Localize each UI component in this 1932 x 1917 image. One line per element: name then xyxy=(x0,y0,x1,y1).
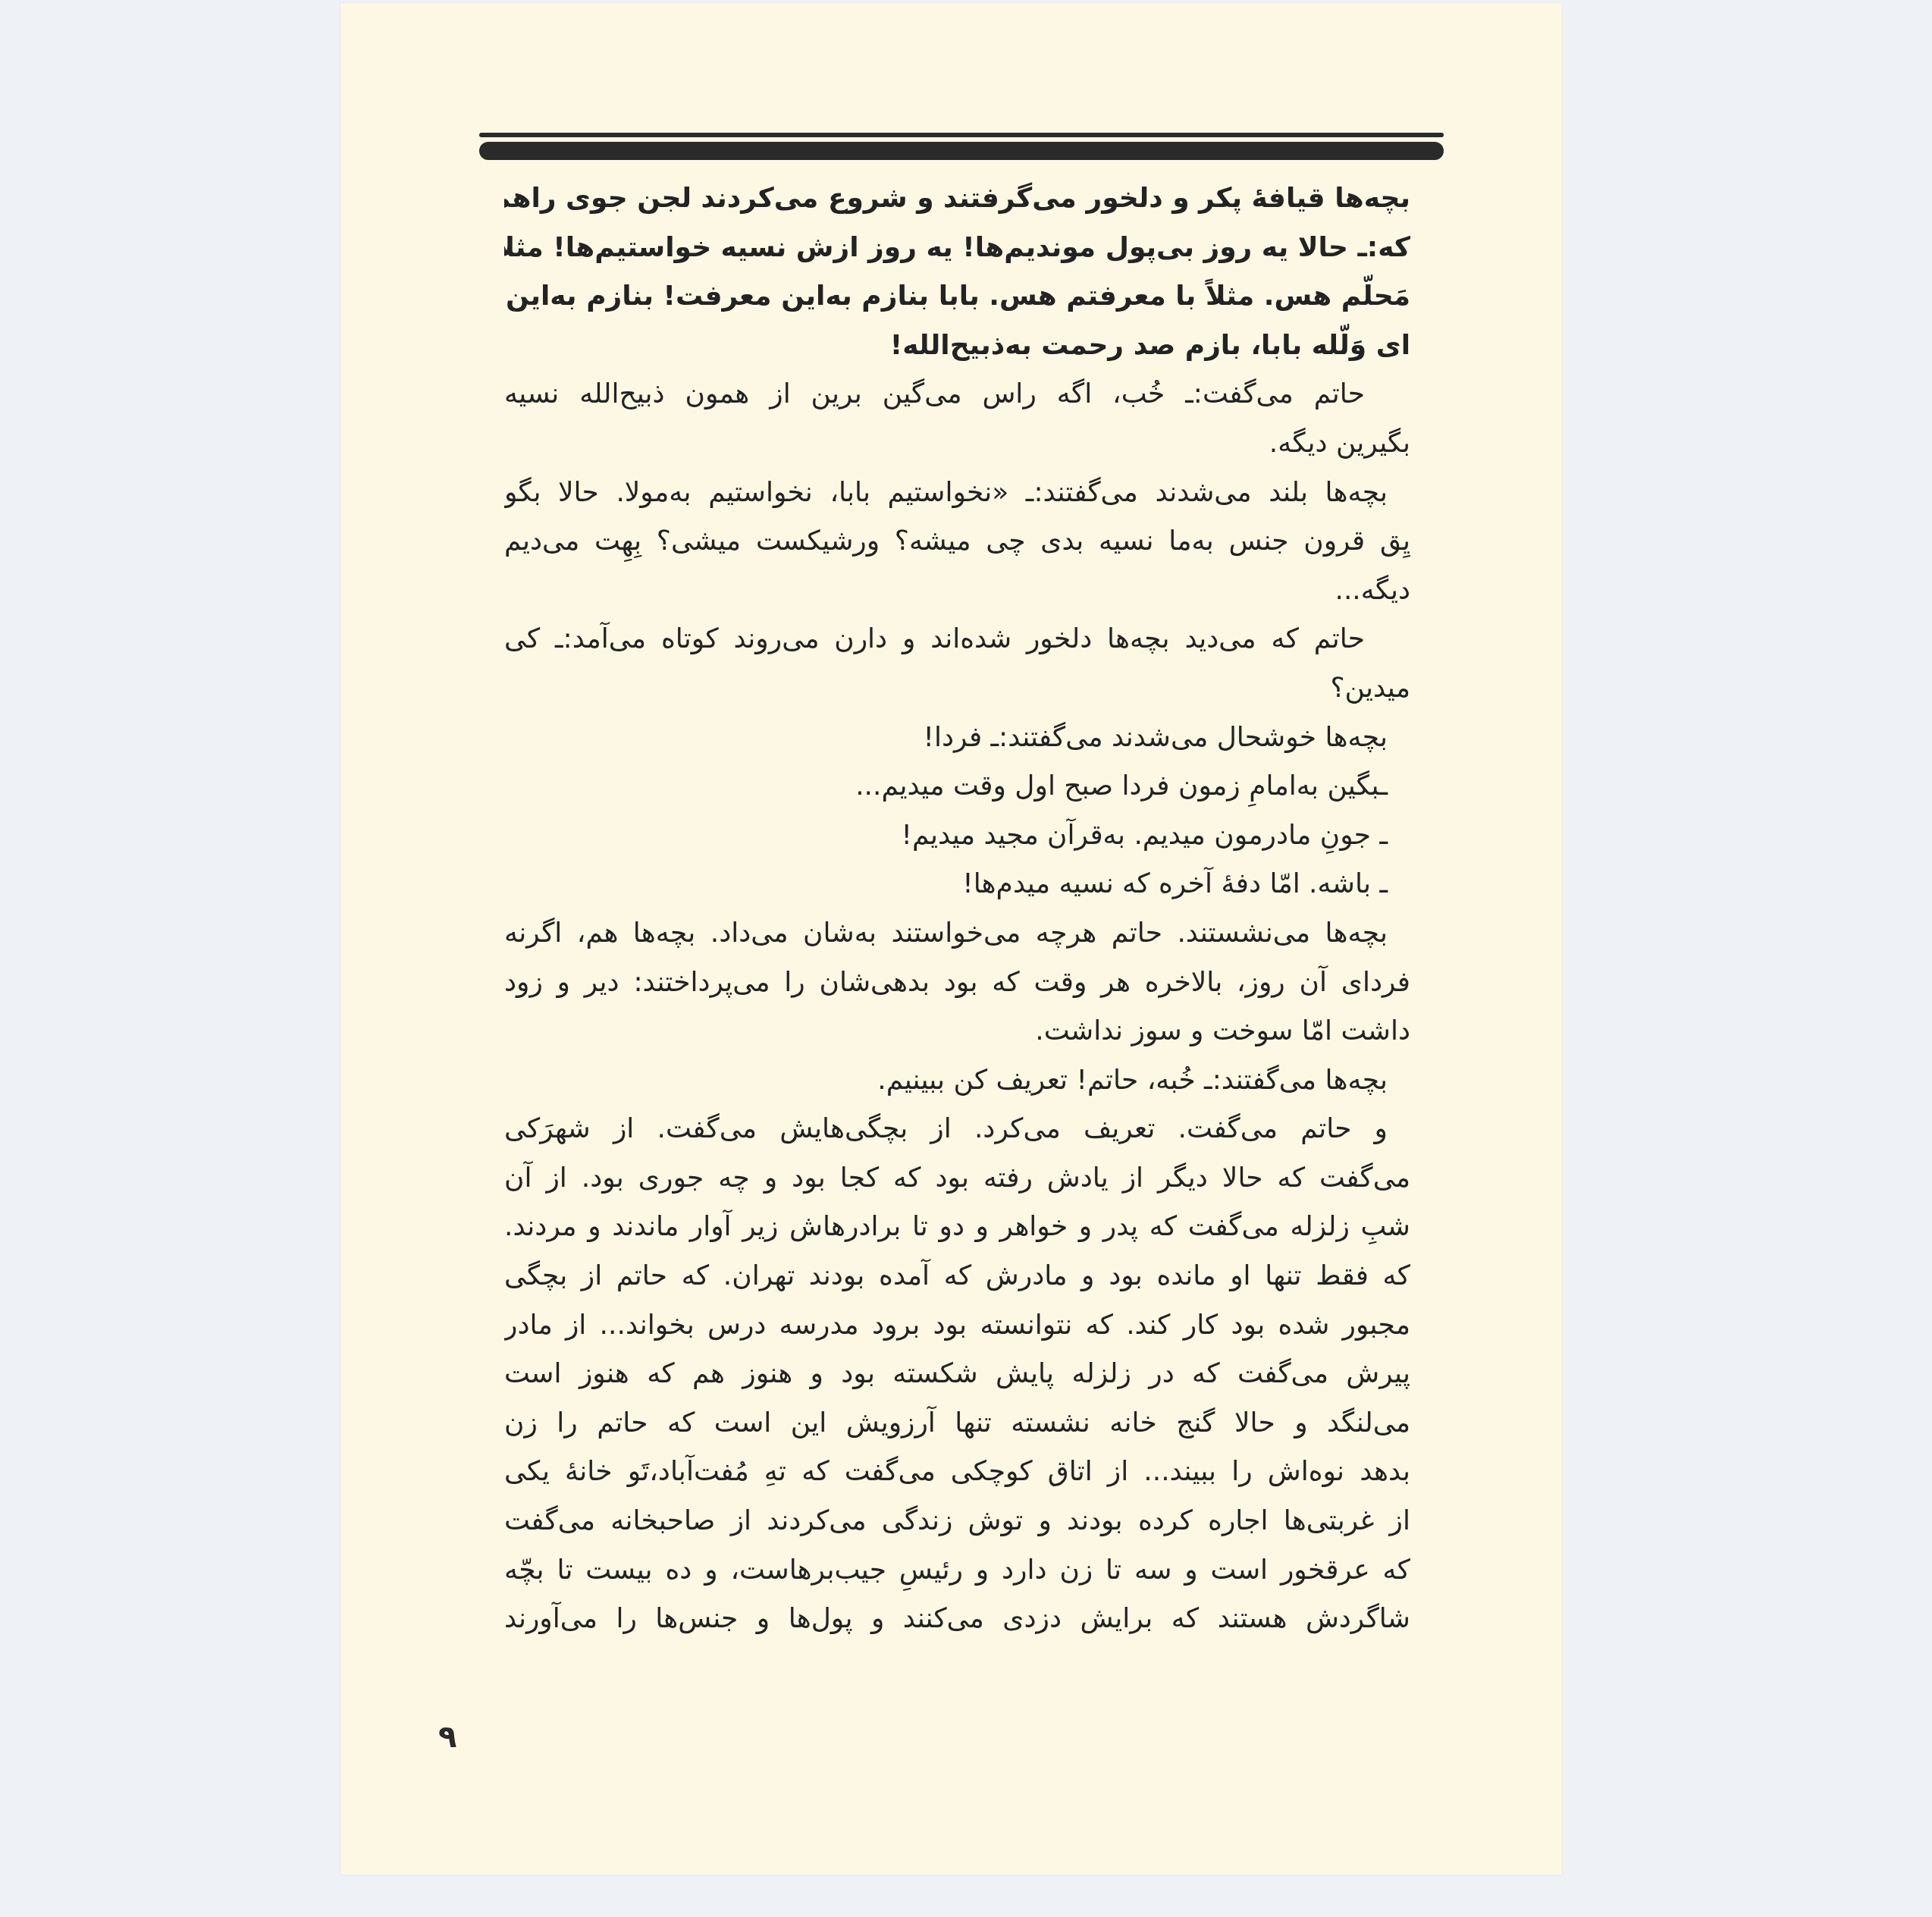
text-line: ای وَلّله بابا، بازم صد رحمت به‌ذبیح‌الل… xyxy=(504,322,1410,371)
text-line: شاگردش هستند که برایش دزدی می‌کنند و پول… xyxy=(504,1595,1410,1644)
text-line: فردای آن روز، بالاخره هر وقت که بود بدهی… xyxy=(504,958,1410,1008)
text-line: بگیرین دیگه. xyxy=(504,419,1410,469)
text-line: که عرقخور است و سه تا زن دارد و رئیسِ جی… xyxy=(504,1546,1410,1595)
text-line: میدین؟ xyxy=(504,664,1410,714)
text-line: و حاتم می‌گفت. تعریف می‌کرد. از بچگی‌های… xyxy=(504,1105,1410,1154)
header-rule-thick xyxy=(479,142,1444,160)
text-line: از غربتی‌ها اجاره کرده بودند و توش زندگی… xyxy=(504,1497,1410,1546)
text-line: حاتم که می‌دید بچه‌ها دلخور شده‌اند و دا… xyxy=(504,615,1410,664)
text-line: که فقط تنها او مانده بود و مادرش که آمده… xyxy=(504,1252,1410,1301)
header-rule-thin xyxy=(479,133,1444,137)
text-line: بچه‌ها خوشحال می‌شدند می‌گفتند:ـ فردا! xyxy=(504,714,1410,763)
text-line: دیگه... xyxy=(504,566,1410,616)
text-line: مَحلّم هس. مثلاً با معرفتم هس. بابا بناز… xyxy=(504,272,1410,322)
text-line: ـبگین به‌امامِ زمون فردا صبح اول وقت مید… xyxy=(504,762,1410,811)
text-line: ـ جونِ مادرمون میدیم. به‌قرآن مجید میدیم… xyxy=(504,811,1410,861)
text-line: پیرش می‌گفت که در زلزله پایش شکسته بود و… xyxy=(504,1350,1410,1399)
text-line: می‌لنگد و حالا گنج خانه نشسته تنها آرزوی… xyxy=(504,1399,1410,1448)
text-line: بچه‌ها بلند می‌شدند می‌گفتند:ـ «نخواستیم… xyxy=(504,469,1410,518)
text-line: یِق قرون جنس به‌ما نسیه بدی چی میشه؟ ورش… xyxy=(504,517,1410,566)
text-line: بدهد نوه‌اش را ببیند... از اتاق کوچکی می… xyxy=(504,1448,1410,1497)
text-line: حاتم می‌گفت:ـ خُب، اگه راس می‌گین برین ا… xyxy=(504,370,1410,419)
text-line: بچه‌ها می‌نشستند. حاتم هرچه می‌خواستند ب… xyxy=(504,909,1410,958)
text-line: ـ باشه. امّا دفهٔ آخره که نسیه میدم‌ها! xyxy=(504,860,1410,909)
body-text: بچه‌ها قیافهٔ پکر و دلخور می‌گرفتند و شر… xyxy=(504,174,1410,1644)
text-line: می‌گفت که حالا دیگر از یادش رفته بود که … xyxy=(504,1154,1410,1203)
text-line: شبِ زلزله می‌گفت که پدر و خواهر و دو تا … xyxy=(504,1203,1410,1252)
text-line: که:ـ حالا یه روز بی‌پول موندیم‌ها! یه رو… xyxy=(504,224,1410,273)
text-line: داشت امّا سوخت و سوز نداشت. xyxy=(504,1007,1410,1056)
page-number: ۹ xyxy=(438,1720,456,1755)
text-line: بچه‌ها قیافهٔ پکر و دلخور می‌گرفتند و شر… xyxy=(504,174,1410,224)
text-line: مجبور شده بود کار کند. که نتوانسته بود ب… xyxy=(504,1301,1410,1351)
text-line: بچه‌ها می‌گفتند:ـ خُبه، حاتم! تعریف کن ب… xyxy=(504,1056,1410,1106)
